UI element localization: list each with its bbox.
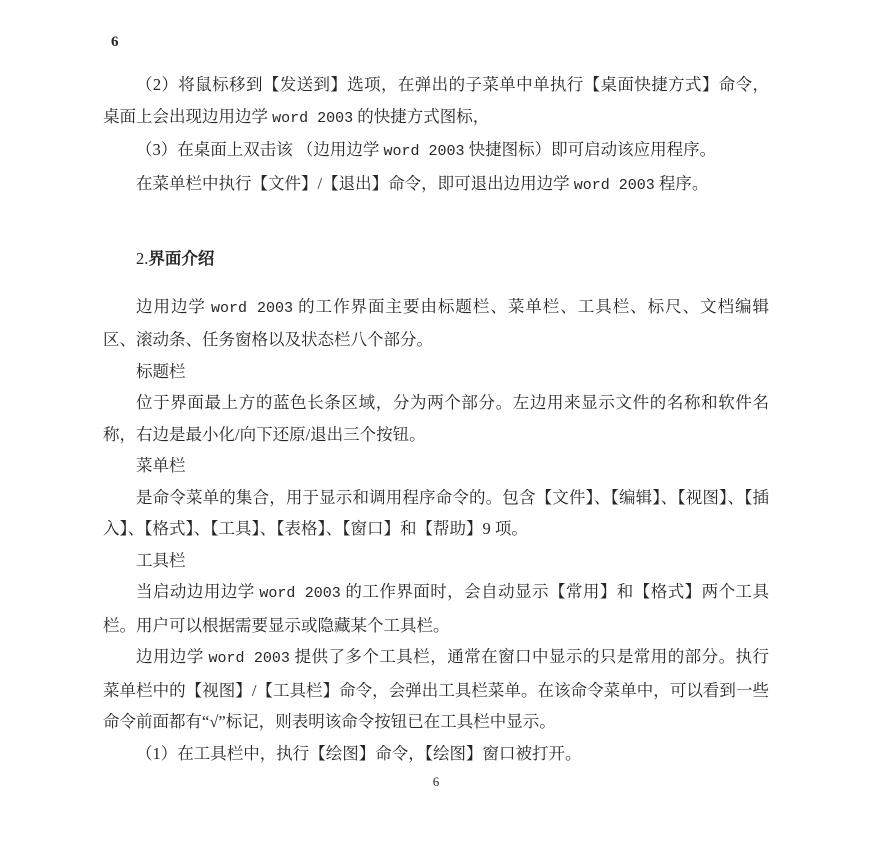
paragraph: 边用边学 word 2003 的工作界面主要由标题栏、菜单栏、工具栏、标尺、文档… [103, 291, 769, 356]
document-page: 6 （2）将鼠标移到【发送到】选项，在弹出的子菜单中单执行【桌面快捷方式】命令，… [0, 0, 870, 842]
text-run: 工具栏 [136, 551, 186, 570]
document-body: （2）将鼠标移到【发送到】选项，在弹出的子菜单中单执行【桌面快捷方式】命令，桌面… [103, 69, 769, 769]
paragraph: 边用边学 word 2003 提供了多个工具栏，通常在窗口中显示的只是常用的部分… [103, 641, 769, 738]
paragraph: 工具栏 [103, 545, 769, 577]
text-run: 2. [136, 249, 148, 268]
latin-text-run: word 2003 [208, 650, 289, 667]
text-run: 菜单栏 [136, 456, 186, 475]
paragraph: （1）在工具栏中，执行【绘图】命令，【绘图】窗口被打开。 [103, 738, 769, 770]
paragraph: 是命令菜单的集合，用于显示和调用程序命令的。包含【文件】、【编辑】、【视图】、【… [103, 482, 769, 545]
paragraph: 当启动边用边学 word 2003 的工作界面时，会自动显示【常用】和【格式】两… [103, 576, 769, 641]
text-run: 标题栏 [136, 362, 186, 381]
bold-text-run: 界面介绍 [148, 249, 214, 268]
paragraph: 位于界面最上方的蓝色长条区域，分为两个部分。左边用来显示文件的名称和软件名称，右… [103, 387, 769, 450]
text-run: 快捷图标）即可启动该应用程序。 [465, 140, 717, 159]
section-heading: 2.界面介绍 [103, 243, 769, 275]
text-run: 位于界面最上方的蓝色长条区域，分为两个部分。左边用来显示文件的名称和软件名称，右… [103, 393, 769, 444]
latin-text-run: word 2003 [259, 585, 340, 602]
text-run: 边用边学 [136, 297, 211, 316]
text-run: （1）在工具栏中，执行【绘图】命令，【绘图】窗口被打开。 [136, 744, 582, 763]
text-run: 的快捷方式图标， [353, 107, 489, 126]
text-run: 边用边学 [136, 647, 208, 666]
footer-page-number: 6 [103, 774, 769, 790]
text-run: 在菜单栏中执行【文件】/【退出】命令，即可退出边用边学 [136, 174, 574, 193]
latin-text-run: word 2003 [272, 110, 353, 127]
latin-text-run: word 2003 [384, 143, 465, 160]
latin-text-run: word 2003 [211, 300, 293, 317]
paragraph: （3）在桌面上双击该 （边用边学 word 2003 快捷图标）即可启动该应用程… [103, 134, 769, 168]
paragraph: 菜单栏 [103, 450, 769, 482]
paragraph: 在菜单栏中执行【文件】/【退出】命令，即可退出边用边学 word 2003 程序… [103, 168, 769, 202]
paragraph: 标题栏 [103, 356, 769, 388]
paragraph: （2）将鼠标移到【发送到】选项，在弹出的子菜单中单执行【桌面快捷方式】命令，桌面… [103, 69, 769, 134]
header-page-number: 6 [111, 34, 119, 51]
latin-text-run: word 2003 [574, 177, 655, 194]
text-run: 是命令菜单的集合，用于显示和调用程序命令的。包含【文件】、【编辑】、【视图】、【… [103, 488, 769, 539]
text-run: （3）在桌面上双击该 （边用边学 [136, 140, 384, 159]
text-run: 程序。 [655, 174, 709, 193]
text-run: 当启动边用边学 [136, 582, 259, 601]
